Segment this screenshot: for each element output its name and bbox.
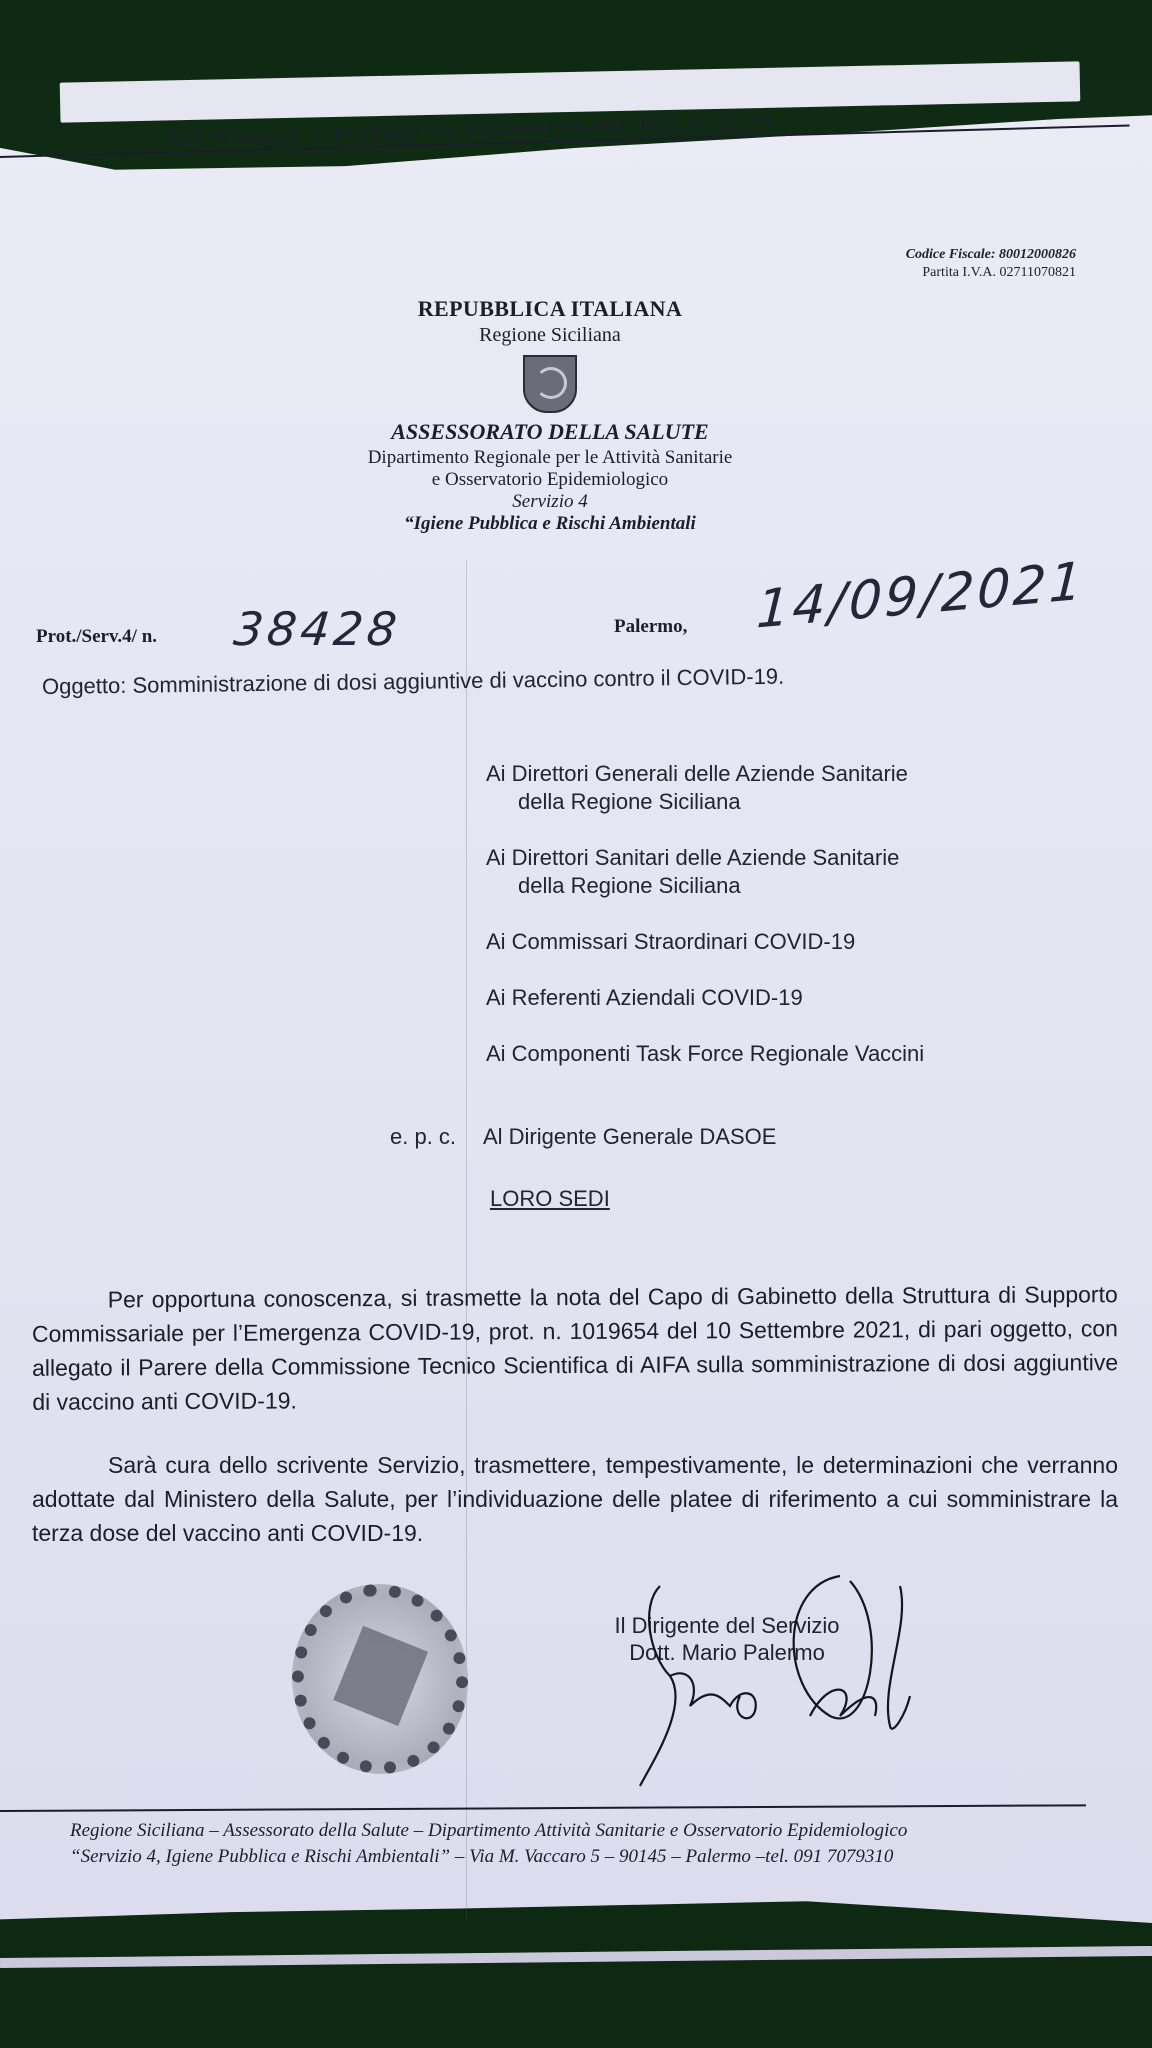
fold-crease [466,560,467,1920]
recipient-line: della Regione Siciliana [486,872,1046,900]
body-paragraph-2: Sarà cura dello scrivente Servizio, tras… [32,1448,1118,1550]
repubblica-heading: REPUBBLICA ITALIANA [300,296,800,322]
recipient-line: Ai Componenti Task Force Regionale Vacci… [486,1041,924,1066]
paragraph-text: Sarà cura dello scrivente Servizio, tras… [32,1452,1118,1546]
stacked-pages-edge [0,1946,1152,1968]
recipient: Ai Componenti Task Force Regionale Vacci… [486,1040,1046,1068]
handwritten-signature-icon [630,1566,950,1796]
back-sheet [60,61,1081,122]
dipartimento-line: Dipartimento Regionale per le Attività S… [300,447,800,469]
paragraph-indent [32,1452,108,1478]
recipient: Ai Direttori Generali delle Aziende Sani… [486,760,1046,816]
footer-line-1: Regione Siciliana – Assessorato della Sa… [70,1818,1120,1844]
regione-heading: Regione Siciliana [300,324,800,347]
footer-line-2: “Servizio 4, Igiene Pubblica e Rischi Am… [70,1844,1120,1870]
servizio-line: Servizio 4 [300,491,800,513]
osservatorio-line: e Osservatorio Epidemiologico [300,469,800,491]
place-label: Palermo, [614,616,687,638]
recipient-line: Ai Referenti Aziendali COVID-19 [486,985,803,1010]
body-paragraph-1: Per opportuna conoscenza, si trasmette l… [32,1277,1119,1419]
igiene-line: “Igiene Pubblica e Rischi Ambientali [300,513,800,535]
paragraph-text: Per opportuna conoscenza, si trasmette l… [32,1281,1118,1415]
recipients-list: Ai Direttori Generali delle Aziende Sani… [486,760,1046,1096]
protocol-number-handwritten: 38428 [231,602,403,656]
epc-recipient: Al Dirigente Generale DASOE [483,1124,776,1149]
recipient: Ai Referenti Aziendali COVID-19 [486,984,1046,1012]
epc-row: e. p. c. Al Dirigente Generale DASOE [390,1124,776,1150]
recipient: Ai Direttori Sanitari delle Aziende Sani… [486,844,1046,900]
footer: Regione Siciliana – Assessorato della Sa… [70,1818,1120,1870]
sicily-crest-icon [523,355,577,413]
letterhead: REPUBBLICA ITALIANA Regione Siciliana AS… [300,296,800,535]
recipient-line: della Regione Siciliana [486,788,1046,816]
fiscal-info: Codice Fiscale: 80012000826 Partita I.V.… [906,246,1076,282]
assessorato-heading: ASSESSORATO DELLA SALUTE [300,419,800,445]
partita-iva: Partita I.V.A. 02711070821 [906,264,1076,282]
epc-label: e. p. c. [390,1124,456,1149]
paragraph-indent [32,1286,108,1312]
codice-fiscale: Codice Fiscale: 80012000826 [906,246,1076,264]
protocol-label: Prot./Serv.4/ n. [36,626,157,648]
loro-sedi: LORO SEDI [490,1186,610,1212]
recipient: Ai Commissari Straordinari COVID-19 [486,928,1046,956]
recipient-line: Ai Direttori Generali delle Aziende Sani… [486,761,908,786]
recipient-line: Ai Direttori Sanitari delle Aziende Sani… [486,845,899,870]
recipient-line: Ai Commissari Straordinari COVID-19 [486,929,855,954]
